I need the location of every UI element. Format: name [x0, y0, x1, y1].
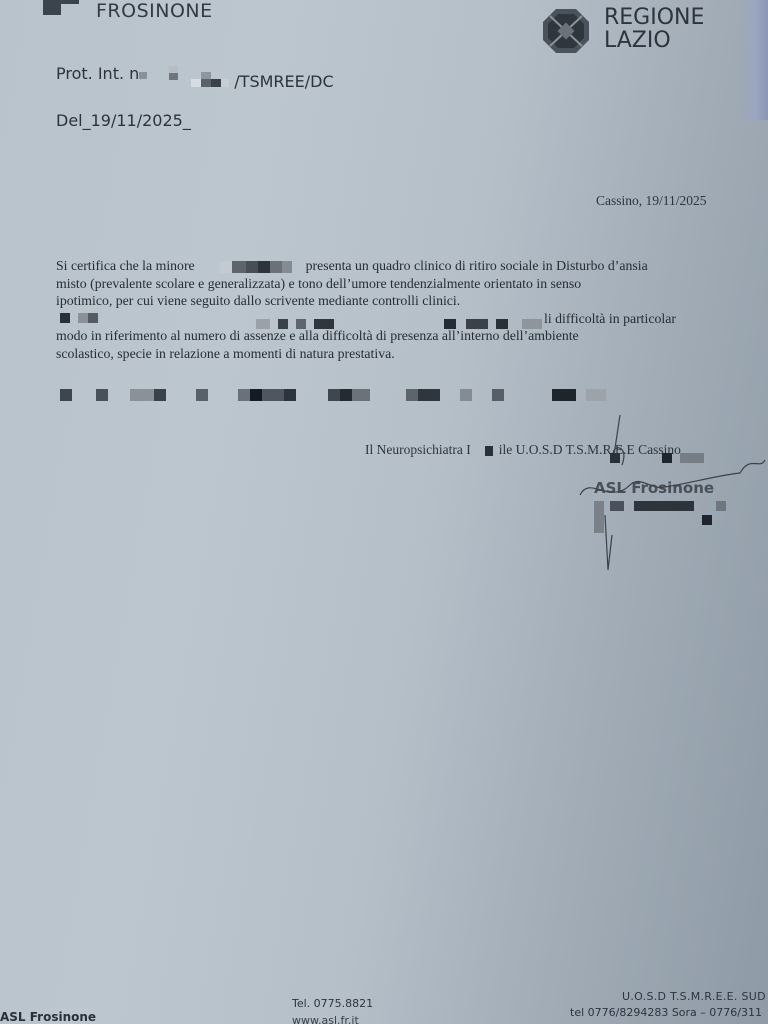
handwritten-signature: [570, 415, 768, 575]
body-line-5: modo in riferimento al numero di assenze…: [56, 327, 736, 345]
place-and-date: Cassino, 19/11/2025: [596, 193, 707, 209]
footer-org: ASL Frosinone: [0, 1010, 96, 1024]
signatory-title-start: Il Neuropsichiatra I: [365, 442, 471, 457]
region-name-line1: REGIONE: [604, 6, 704, 29]
body-line-2: misto (prevalente scolare e generalizzat…: [56, 275, 736, 293]
redacted-protocol-number: [139, 66, 234, 84]
footer-phone: Tel. 0775.8821: [292, 997, 373, 1010]
document-page: FROSINONE REGIONE LAZIO Prot. Int. n /TS…: [0, 0, 768, 1024]
footer-website: www.asl.fr.it: [292, 1014, 359, 1024]
asl-org-name: FROSINONE: [96, 0, 213, 22]
protocol-suffix: /TSMREE/DC: [234, 72, 333, 91]
footer-contacts: tel 0776/8294283 Sora – 0776/311: [570, 1006, 762, 1019]
body-line-4: li difficoltà in particolar: [56, 310, 736, 328]
redacted-line: [60, 389, 640, 401]
certificate-body: Si certifica che la minore presenta un q…: [56, 257, 736, 363]
protocol-line: Prot. Int. n /TSMREE/DC: [56, 64, 334, 84]
redacted-word: [471, 446, 499, 456]
body-line-1-start: Si certifica che la minore: [56, 258, 195, 273]
body-line-3: ipotimico, per cui viene seguito dallo s…: [56, 292, 736, 310]
region-name: REGIONE LAZIO: [604, 6, 704, 52]
redacted-name: [198, 261, 302, 273]
region-name-line2: LAZIO: [604, 29, 704, 52]
body-line-1-end: presenta un quadro clinico di ritiro soc…: [306, 258, 648, 273]
protocol-prefix: Prot. Int. n: [56, 64, 139, 83]
protocol-date: Del_19/11/2025_: [56, 111, 191, 130]
asl-logo-icon: [43, 0, 61, 15]
body-line-1: Si certifica che la minore presenta un q…: [56, 257, 736, 275]
regione-lazio-emblem-icon: [542, 8, 590, 54]
asl-logo-bar: [61, 0, 79, 4]
body-line-6: scolastico, specie in relazione a moment…: [56, 345, 736, 363]
body-line-4-end: li difficoltà in particolar: [544, 311, 676, 326]
footer-unit: U.O.S.D T.S.M.R.E.E. SUD: [622, 990, 766, 1003]
page-edge-shadow: [738, 0, 768, 120]
redacted-text: [56, 313, 544, 327]
